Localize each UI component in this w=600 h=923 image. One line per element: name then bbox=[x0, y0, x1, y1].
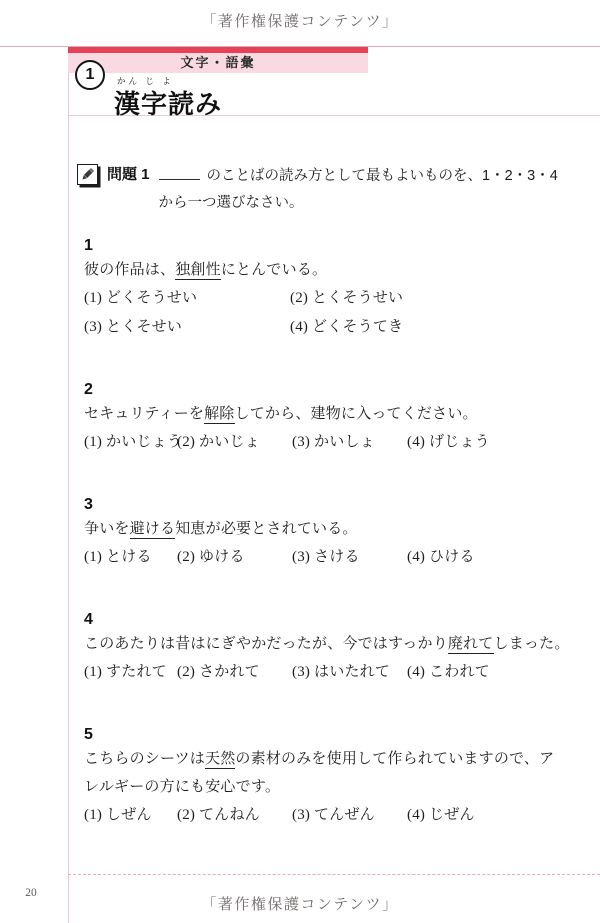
option-4: (4) こわれて bbox=[407, 658, 565, 686]
section-header: 文字・語彙 1 かん じ よ 漢字読み bbox=[68, 47, 368, 115]
question-sentence: 彼の作品は、独創性にとんでいる。 bbox=[84, 256, 556, 284]
option-1: (1) とける bbox=[84, 543, 177, 571]
question-sentence: 争いを避ける知恵が必要とされている。 bbox=[84, 515, 556, 543]
pencil-icon bbox=[77, 164, 98, 185]
question-number: 5 bbox=[84, 724, 565, 745]
option-4: (4) どくそうてき bbox=[290, 313, 565, 341]
options-grid: (1) かいじょう (2) かいじょ (3) かいしょ (4) げじょう bbox=[84, 428, 565, 456]
sentence-pre: このあたりは昔はにぎやかだったが、今ではすっかり bbox=[84, 636, 448, 652]
footer-dashed-rule bbox=[68, 874, 600, 875]
option-1: (1) かいじょう bbox=[84, 428, 177, 456]
left-margin-rule bbox=[68, 46, 69, 923]
option-4: (4) ひける bbox=[407, 543, 565, 571]
option-1: (1) すたれて bbox=[84, 658, 177, 686]
sentence-pre: 争いを bbox=[84, 521, 130, 537]
category-band: 文字・語彙 bbox=[68, 53, 368, 73]
question-3: 3 争いを避ける知恵が必要とされている。 (1) とける (2) ゆける (3)… bbox=[84, 494, 565, 571]
instruction-line-1-text: のことばの読み方として最もよいものを、1・2・3・4 bbox=[207, 168, 558, 184]
category-label: 文字・語彙 bbox=[180, 55, 255, 70]
option-3: (3) かいしょ bbox=[292, 428, 407, 456]
question-1: 1 彼の作品は、独創性にとんでいる。 (1) どくそうせい (2) とくそうせい… bbox=[84, 235, 565, 341]
underlined-word: 解除 bbox=[204, 406, 234, 424]
sentence-pre: 彼の作品は、 bbox=[84, 262, 175, 278]
problem-instruction: 問題 1 のことばの読み方として最もよいものを、1・2・3・4 から一つ選びなさ… bbox=[77, 163, 565, 217]
sentence-post: 知恵が必要とされている。 bbox=[175, 521, 357, 537]
question-number: 1 bbox=[84, 235, 565, 256]
instruction-line-2-text: から一つ選びなさい。 bbox=[159, 195, 304, 211]
option-2: (2) ゆける bbox=[177, 543, 292, 571]
question-5: 5 こちらのシーツは天然の素材のみを使用して作られていますので、アレルギーの方に… bbox=[84, 724, 565, 829]
sentence-post: しまった。 bbox=[494, 636, 570, 652]
question-sentence: こちらのシーツは天然の素材のみを使用して作られていますので、アレルギーの方にも安… bbox=[84, 745, 556, 801]
section-title: 漢字読み bbox=[114, 84, 222, 121]
option-2: (2) さかれて bbox=[177, 658, 292, 686]
option-3: (3) さける bbox=[292, 543, 407, 571]
options-grid: (1) どくそうせい (2) とくそうせい (3) とくそせい (4) どくそう… bbox=[84, 284, 565, 341]
option-2: (2) てんねん bbox=[177, 801, 292, 829]
options-grid: (1) とける (2) ゆける (3) さける (4) ひける bbox=[84, 543, 565, 571]
top-copyright-notice: 「著作権保護コンテンツ」 bbox=[0, 10, 600, 31]
instruction-line-2: から一つ選びなさい。 bbox=[159, 190, 558, 217]
test-book-page: 「著作権保護コンテンツ」 文字・語彙 1 かん じ よ 漢字読み bbox=[0, 0, 600, 923]
question-number: 4 bbox=[84, 609, 565, 630]
bottom-copyright-notice: 「著作権保護コンテンツ」 bbox=[0, 893, 600, 914]
options-grid: (1) しぜん (2) てんねん (3) てんぜん (4) じぜん bbox=[84, 801, 565, 829]
sentence-post: にとんでいる。 bbox=[221, 262, 327, 278]
underlined-word: 天然 bbox=[205, 751, 235, 769]
section-number-badge: 1 bbox=[75, 60, 105, 90]
problem-label: 問題 1 bbox=[107, 163, 150, 187]
sentence-pre: こちらのシーツは bbox=[84, 751, 205, 767]
option-1: (1) どくそうせい bbox=[84, 284, 290, 312]
instruction-line-1: のことばの読み方として最もよいものを、1・2・3・4 bbox=[159, 163, 558, 190]
options-grid: (1) すたれて (2) さかれて (3) はいたれて (4) こわれて bbox=[84, 658, 565, 686]
page-content: 問題 1 のことばの読み方として最もよいものを、1・2・3・4 から一つ選びなさ… bbox=[77, 163, 565, 829]
sentence-post: してから、建物に入ってください。 bbox=[235, 406, 478, 422]
section-number: 1 bbox=[86, 66, 95, 83]
instruction-text: のことばの読み方として最もよいものを、1・2・3・4 から一つ選びなさい。 bbox=[159, 163, 558, 217]
option-2: (2) かいじょ bbox=[177, 428, 292, 456]
question-sentence: このあたりは昔はにぎやかだったが、今ではすっかり廃れてしまった。 bbox=[84, 630, 565, 658]
option-2: (2) とくそうせい bbox=[290, 284, 565, 312]
question-number: 3 bbox=[84, 494, 565, 515]
sentence-pre: セキュリティーを bbox=[84, 406, 204, 422]
question-4: 4 このあたりは昔はにぎやかだったが、今ではすっかり廃れてしまった。 (1) す… bbox=[84, 609, 565, 686]
pencil-icon-glyph bbox=[80, 167, 95, 182]
underlined-word: 廃れて bbox=[448, 636, 494, 654]
question-2: 2 セキュリティーを解除してから、建物に入ってください。 (1) かいじょう (… bbox=[84, 379, 565, 456]
option-3: (3) はいたれて bbox=[292, 658, 407, 686]
option-4: (4) じぜん bbox=[407, 801, 565, 829]
option-1: (1) しぜん bbox=[84, 801, 177, 829]
question-sentence: セキュリティーを解除してから、建物に入ってください。 bbox=[84, 400, 556, 428]
underlined-word: 避ける bbox=[130, 521, 176, 539]
question-number: 2 bbox=[84, 379, 565, 400]
blank-line bbox=[159, 168, 200, 180]
option-4: (4) げじょう bbox=[407, 428, 565, 456]
underlined-word: 独創性 bbox=[175, 262, 221, 280]
option-3: (3) とくそせい bbox=[84, 313, 290, 341]
option-3: (3) てんぜん bbox=[292, 801, 407, 829]
